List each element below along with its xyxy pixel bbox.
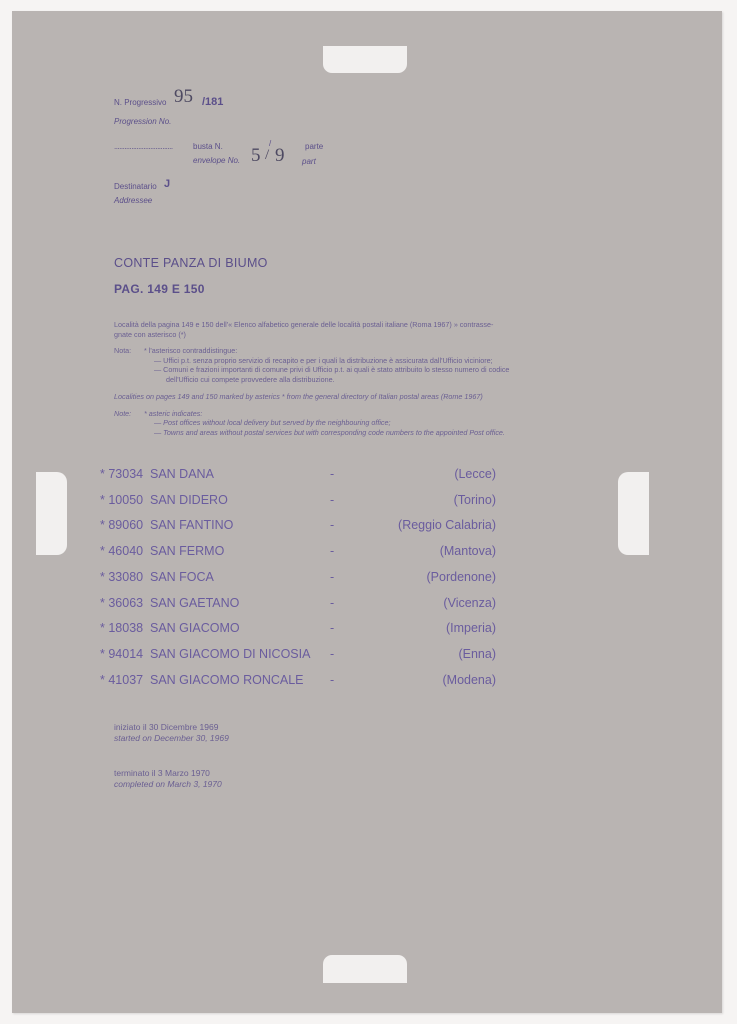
end-date: terminato il 3 Marzo 1970 completed on M… — [114, 768, 222, 790]
italian-note: Località della pagina 149 e 150 dell'« E… — [114, 320, 509, 384]
locality-row: * 89060SAN FANTINO-(Reggio Calabria) — [100, 518, 496, 534]
separator-dash: - — [330, 518, 334, 532]
start-date-en: started on December 30, 1969 — [114, 733, 229, 744]
nota-item-1: — Uffici p.t. senza proprio servizio di … — [114, 356, 509, 366]
separator-dash: - — [330, 570, 334, 584]
province: (Lecce) — [454, 467, 496, 481]
progressivo-label: N. Progressivo — [114, 98, 166, 107]
postal-code: * 33080 — [100, 570, 143, 584]
start-date-it: iniziato il 30 Dicembre 1969 — [114, 722, 229, 733]
province: (Mantova) — [440, 544, 496, 558]
start-date: iniziato il 30 Dicembre 1969 started on … — [114, 722, 229, 744]
end-date-it: terminato il 3 Marzo 1970 — [114, 768, 222, 779]
destinatario-value: J — [164, 178, 170, 190]
nota-label: Nota: — [114, 346, 144, 356]
progressivo-total: /181 — [202, 96, 223, 108]
locality-name: SAN FANTINO — [150, 518, 233, 532]
part-label: part — [302, 157, 316, 166]
note-head: * asteric indicates: — [144, 409, 202, 418]
locality-name: SAN GIACOMO DI NICOSIA — [150, 647, 310, 661]
locality-name: SAN FOCA — [150, 570, 214, 584]
separator-dash: - — [330, 647, 334, 661]
note-item-2: — Towns and areas without postal service… — [114, 428, 505, 438]
separator-dash: - — [330, 596, 334, 610]
locality-name: SAN DIDERO — [150, 493, 228, 507]
nota-item-2b: dell'Ufficio cui compete provvedere alla… — [114, 375, 509, 385]
province: (Pordenone) — [427, 570, 497, 584]
english-intro: Localities on pages 149 and 150 marked b… — [114, 392, 505, 402]
envelope-value-num: 5 — [251, 145, 261, 167]
postal-code: * 46040 — [100, 544, 143, 558]
busta-dotted-line: .................................. — [114, 142, 173, 151]
locality-name: SAN GAETANO — [150, 596, 239, 610]
nota-head: * l'asterisco contraddistingue: — [144, 346, 237, 355]
destinatario-label: Destinatario — [114, 182, 157, 191]
english-note: Localities on pages 149 and 150 marked b… — [114, 392, 505, 437]
locality-name: SAN DANA — [150, 467, 214, 481]
separator-dash: - — [330, 493, 334, 507]
province: (Enna) — [458, 647, 496, 661]
postal-code: * 10050 — [100, 493, 143, 507]
locality-row: * 36063SAN GAETANO-(Vicenza) — [100, 596, 496, 612]
province: (Torino) — [454, 493, 496, 507]
progression-label: Progression No. — [114, 117, 171, 126]
locality-row: * 94014SAN GIACOMO DI NICOSIA-(Enna) — [100, 647, 496, 663]
end-date-en: completed on March 3, 1970 — [114, 779, 222, 790]
envelope-slash: / — [265, 147, 269, 164]
note-item-1: — Post offices without local delivery bu… — [114, 418, 505, 428]
document-sheet — [12, 11, 722, 1013]
note-label: Note: — [114, 409, 144, 419]
locality-name: SAN FERMO — [150, 544, 224, 558]
locality-row: * 73034SAN DANA-(Lecce) — [100, 467, 496, 483]
italian-intro-line1: Località della pagina 149 e 150 dell'« E… — [114, 320, 509, 330]
separator-dash: - — [330, 544, 334, 558]
italian-intro-line2: gnate con asterisco (*) — [114, 330, 509, 340]
postal-code: * 89060 — [100, 518, 143, 532]
busta-label: busta N. — [193, 142, 223, 151]
separator-dash: - — [330, 621, 334, 635]
punch-hole-bottom — [323, 955, 407, 983]
postal-code: * 73034 — [100, 467, 143, 481]
postal-code: * 36063 — [100, 596, 143, 610]
addressee-label: Addressee — [114, 196, 152, 205]
progressivo-value: 95 — [174, 86, 193, 108]
punch-hole-right — [618, 472, 649, 555]
separator-dash: - — [330, 467, 334, 481]
punch-hole-top — [323, 46, 407, 73]
locality-row: * 10050SAN DIDERO-(Torino) — [100, 493, 496, 509]
locality-row: * 33080SAN FOCA-(Pordenone) — [100, 570, 496, 586]
province: (Modena) — [443, 673, 497, 687]
postal-code: * 18038 — [100, 621, 143, 635]
nota-item-2a: — Comuni e frazioni importanti di comune… — [114, 365, 509, 375]
envelope-label: envelope No. — [193, 156, 240, 165]
province: (Vicenza) — [443, 596, 496, 610]
page-reference: PAG. 149 E 150 — [114, 282, 205, 296]
locality-row: * 18038SAN GIACOMO-(Imperia) — [100, 621, 496, 637]
locality-name: SAN GIACOMO — [150, 621, 240, 635]
locality-name: SAN GIACOMO RONCALE — [150, 673, 304, 687]
postal-code: * 41037 — [100, 673, 143, 687]
locality-row: * 46040SAN FERMO-(Mantova) — [100, 544, 496, 560]
locality-row: * 41037SAN GIACOMO RONCALE-(Modena) — [100, 673, 496, 689]
collection-title: CONTE PANZA DI BIUMO — [114, 256, 268, 270]
separator-dash: - — [330, 673, 334, 687]
envelope-mark: / — [269, 139, 271, 148]
punch-hole-left — [36, 472, 67, 555]
postal-code: * 94014 — [100, 647, 143, 661]
parte-label: parte — [305, 142, 323, 151]
province: (Reggio Calabria) — [398, 518, 496, 532]
envelope-value-den: 9 — [275, 145, 285, 167]
province: (Imperia) — [446, 621, 496, 635]
